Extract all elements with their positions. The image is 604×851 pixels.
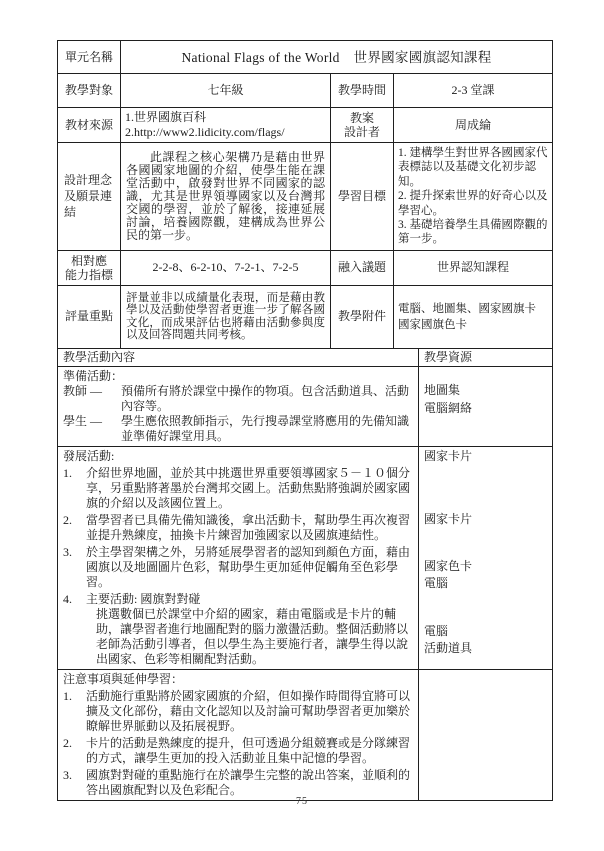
notes-title: 注意事項與延伸學習： xyxy=(63,672,413,687)
assessment-label: 評量重點 xyxy=(58,285,121,348)
designer-label: 教案 設計者 xyxy=(331,108,394,143)
prep-resource-list: 地圖集 電腦網絡 xyxy=(419,366,553,446)
prep-student-row: 學生 — 學生應依照教師指示，先行搜尋課堂將應用的先備知識並準備好課堂用具。 xyxy=(63,414,413,444)
development-row: 發展活動: 1. 介紹世界地圖，並於其中挑選世界重要領導國家５－１０個分享，另重… xyxy=(58,446,553,669)
dev-item-4-detail: 挑選數個已於課堂中介紹的國家，藉由電腦或是卡片的輔助，讓學習者進行地圖配對的腦力… xyxy=(96,607,413,667)
time-value: 2-3 堂課 xyxy=(394,74,553,108)
unit-name-row: 單元名稱 National Flags of the World 世界國家國旗認… xyxy=(58,41,553,74)
materials-line-2: 2.http://www2.lidicity.com/flags/ xyxy=(125,125,326,140)
dev-resource-4: 電腦 xyxy=(424,576,448,591)
topic-label: 融入議題 xyxy=(331,250,394,285)
activity-content-header: 教學活動內容 xyxy=(58,348,419,366)
audience-row: 教學對象 七年級 教學時間 2-3 堂課 xyxy=(58,74,553,108)
materials-line-1: 1.世界國旗百科 xyxy=(125,110,326,125)
note-item-2: 2. 卡片的活動是熟練度的提升，但可透過分組競賽或是分隊練習的方式，讓學生更加的… xyxy=(63,736,413,766)
philosophy-label: 設計理念及願景連結 xyxy=(58,143,121,251)
assessment-text: 評量並非以成績量化表現，而是藉由教學以及活動使學習者更進一步了解各國文化，而成果… xyxy=(121,285,331,348)
dev-item-4-title: 主要活動: 國旗對對碰 xyxy=(86,592,413,607)
unit-name-label: 單元名稱 xyxy=(58,41,121,74)
materials-value: 1.世界國旗百科 2.http://www2.lidicity.com/flag… xyxy=(121,108,331,143)
activity-header-row: 教學活動內容 教學資源 xyxy=(58,348,553,366)
assessment-row: 評量重點 評量並非以成績量化表現，而是藉由教學以及活動使學習者更進一步了解各國文… xyxy=(58,285,553,348)
page-number: 75 xyxy=(0,796,604,807)
philosophy-row: 設計理念及願景連結 此課程之核心架構乃是藉由世界各國國家地圖的介紹，使學生能在課… xyxy=(58,143,553,251)
audience-value: 七年級 xyxy=(121,74,331,108)
prep-resource-1: 地圖集 xyxy=(424,381,547,399)
prep-teacher-row: 教師 — 預備所有將於課堂中操作的物項。包含活動道具、活動內容等。 xyxy=(63,384,413,414)
attachments-line-2: 國家國旗色卡 xyxy=(398,317,548,333)
dev-resource-list: 國家卡片 國家卡片 國家色卡 電腦 電腦 活動道具 xyxy=(419,446,553,669)
dev-resource-6: 活動道具 xyxy=(424,641,472,656)
dev-activity-item-4: 4. 主要活動: 國旗對對碰 挑選數個已於課堂中介紹的國家，藉由電腦或是卡片的輔… xyxy=(63,592,413,667)
prep-row: 準備活動： 教師 — 預備所有將於課堂中操作的物項。包含活動道具、活動內容等。 … xyxy=(58,366,553,446)
prep-student-marker: 學生 — xyxy=(63,414,121,444)
objectives-list: 1. 建構學生對世界各國國家代表標誌以及基礎文化初步認知。 2. 提升探索世界的… xyxy=(394,143,553,251)
lesson-info-table: 單元名稱 National Flags of the World 世界國家國旗認… xyxy=(57,40,553,349)
notes-row: 注意事項與延伸學習： 1. 活動施行重點將於國家國旗的介紹，但如操作時間得宜將可… xyxy=(58,669,553,800)
objectives-label: 學習目標 xyxy=(331,143,394,251)
attachments-value: 電腦、地圖集、國家國旗卡 國家國旗色卡 xyxy=(394,285,553,348)
audience-label: 教學對象 xyxy=(58,74,121,108)
development-activities-section: 發展活動: 1. 介紹世界地圖，並於其中挑選世界重要領導國家５－１０個分享，另重… xyxy=(58,446,419,669)
objective-item-3: 3. 基礎培養學生具備國際觀的第一步。 xyxy=(398,218,548,247)
topic-value: 世界認知課程 xyxy=(394,250,553,285)
lesson-plan-table-area: 單元名稱 National Flags of the World 世界國家國旗認… xyxy=(57,40,552,801)
prep-activities-section: 準備活動： 教師 — 預備所有將於課堂中操作的物項。包含活動道具、活動內容等。 … xyxy=(58,366,419,446)
attachments-line-1: 電腦、地圖集、國家國旗卡 xyxy=(398,301,548,317)
designer-value: 周成綸 xyxy=(394,108,553,143)
dev-activity-item-1: 1. 介紹世界地圖，並於其中挑選世界重要領導國家５－１０個分享，另重點將著墨於台… xyxy=(63,466,413,511)
materials-row: 教材來源 1.世界國旗百科 2.http://www2.lidicity.com… xyxy=(58,108,553,143)
prep-resource-2: 電腦網絡 xyxy=(424,399,547,417)
prep-title: 準備活動： xyxy=(63,369,413,384)
indicators-label: 相對應 能力指標 xyxy=(58,250,121,285)
indicators-row: 相對應 能力指標 2-2-8、6-2-10、7-2-1、7-2-5 融入議題 世… xyxy=(58,250,553,285)
indicators-value: 2-2-8、6-2-10、7-2-1、7-2-5 xyxy=(121,250,331,285)
dev-activity-item-3: 3. 於主學習架構之外，另將延展學習者的認知到顏色方面，藉由國旗以及地圖圖片色彩… xyxy=(63,545,413,590)
prep-teacher-text: 預備所有將於課堂中操作的物項。包含活動道具、活動內容等。 xyxy=(121,384,413,414)
attachments-label: 教學附件 xyxy=(331,285,394,348)
dev-title: 發展活動: xyxy=(63,449,413,464)
dev-resource-3: 國家色卡 xyxy=(424,559,472,574)
dev-activity-item-2: 2. 當學習者已具備先備知識後，拿出活動卡，幫助學生再次複習並提升熟練度，抽換卡… xyxy=(63,513,413,543)
dev-resource-1: 國家卡片 xyxy=(424,449,472,464)
notes-section: 注意事項與延伸學習： 1. 活動施行重點將於國家國旗的介紹，但如操作時間得宜將可… xyxy=(58,669,419,800)
time-label: 教學時間 xyxy=(331,74,394,108)
note-item-1: 1. 活動施行重點將於國家國旗的介紹，但如操作時間得宜將可以擴及文化部份，藉由文… xyxy=(63,689,413,734)
activity-table: 教學活動內容 教學資源 準備活動： 教師 — 預備所有將於課堂中操作的物項。包含… xyxy=(57,348,553,801)
teaching-resources-header: 教學資源 xyxy=(419,348,553,366)
dev-resource-2: 國家卡片 xyxy=(424,512,472,527)
objective-item-1: 1. 建構學生對世界各國國家代表標誌以及基礎文化初步認知。 xyxy=(398,146,548,189)
prep-student-text: 學生應依照教師指示，先行搜尋課堂將應用的先備知識並準備好課堂用具。 xyxy=(121,414,413,444)
dev-resource-5: 電腦 xyxy=(424,624,448,639)
note-item-3: 3. 國旗對對碰的重點施行在於讓學生完整的說出答案，並順利的答出國旗配對以及色彩… xyxy=(63,768,413,798)
unit-name-value: National Flags of the World 世界國家國旗認知課程 xyxy=(121,41,553,74)
objective-item-2: 2. 提升探索世界的好奇心以及學習心。 xyxy=(398,189,548,218)
philosophy-text: 此課程之核心架構乃是藉由世界各國國家地圖的介紹，使學生能在課堂活動中，啟發對世界… xyxy=(121,143,331,251)
prep-teacher-marker: 教師 — xyxy=(63,384,121,414)
notes-resource-cell-empty xyxy=(419,669,553,800)
document-page: 單元名稱 National Flags of the World 世界國家國旗認… xyxy=(0,0,604,851)
materials-label: 教材來源 xyxy=(58,108,121,143)
